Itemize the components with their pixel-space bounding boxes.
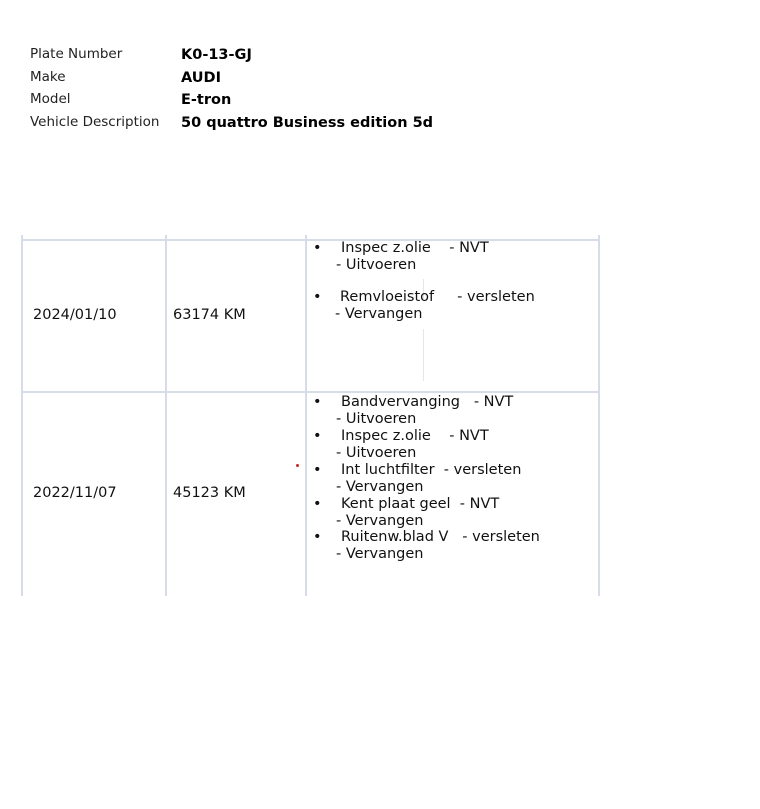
bullet-icon: •	[313, 428, 322, 445]
item-status: - NVT	[449, 428, 488, 444]
item-action: - Vervangen	[336, 479, 424, 496]
item-name: Int luchtfilter - versleten	[341, 462, 521, 479]
item-name: Inspec z.olie - NVT	[341, 428, 489, 445]
item-status: - NVT	[460, 496, 499, 512]
bullet-icon: •	[313, 529, 322, 546]
item-action: - Vervangen	[336, 546, 424, 563]
service-mileage: 63174 KM	[173, 307, 246, 323]
plate-number-label: Plate Number	[30, 46, 122, 62]
service-mileage: 45123 KM	[173, 485, 246, 501]
plate-number-value: K0-13-GJ	[181, 47, 252, 63]
item-name: Ruitenw.blad V - versleten	[341, 529, 540, 546]
list-item: • Bandvervanging - NVT - Uitvoeren	[313, 394, 350, 428]
item-name: Kent plaat geel - NVT	[341, 496, 499, 513]
item-name-text: Bandvervanging	[341, 394, 460, 410]
item-action: - Uitvoeren	[336, 257, 416, 274]
item-name-text: Inspec z.olie	[341, 240, 431, 256]
make-label: Make	[30, 69, 66, 85]
column-divider-date-mileage	[165, 235, 167, 596]
bullet-icon: •	[313, 394, 322, 411]
item-status: - versleten	[444, 462, 522, 478]
item-status: - versleten	[462, 529, 540, 545]
row-divider	[21, 391, 599, 393]
artifact-line	[423, 329, 424, 381]
table-right-border	[598, 235, 600, 596]
item-name-text: Remvloeistof	[340, 289, 434, 305]
service-items-list: • Bandvervanging - NVT - Uitvoeren • Ins…	[313, 394, 350, 563]
marker-dot	[296, 464, 299, 467]
model-label: Model	[30, 91, 71, 107]
list-item: • Remvloeistof - versleten - Vervangen	[313, 289, 350, 323]
make-value: AUDI	[181, 70, 221, 86]
list-item: • Kent plaat geel - NVT - Vervangen	[313, 496, 350, 529]
list-item: • Int luchtfilter - versleten - Vervange…	[313, 462, 350, 496]
item-action: - Vervangen	[335, 306, 423, 323]
column-divider-mileage-items	[305, 235, 307, 596]
bullet-icon: •	[313, 496, 322, 513]
list-item: • Ruitenw.blad V - versleten - Vervangen	[313, 529, 350, 563]
bullet-icon: •	[313, 240, 322, 257]
item-status: - NVT	[474, 394, 513, 410]
item-name: Bandvervanging - NVT	[341, 394, 513, 411]
list-item: • Inspec z.olie - NVT - Uitvoeren	[313, 428, 350, 462]
service-date: 2024/01/10	[33, 307, 117, 323]
vehicle-description-value: 50 quattro Business edition 5d	[181, 115, 433, 131]
item-action: - Uitvoeren	[336, 411, 416, 428]
vehicle-description-label: Vehicle Description	[30, 114, 159, 130]
item-name: Remvloeistof - versleten	[340, 289, 535, 306]
item-name-text: Inspec z.olie	[341, 428, 431, 444]
item-action: - Vervangen	[336, 513, 424, 530]
item-status: - versleten	[457, 289, 535, 305]
item-action: - Uitvoeren	[336, 445, 416, 462]
table-top-border	[21, 239, 599, 241]
service-history-table: 2024/01/10 63174 KM • Inspec z.olie - NV…	[21, 239, 599, 596]
item-name-text: Kent plaat geel	[341, 496, 451, 512]
list-item: • Inspec z.olie - NVT - Uitvoeren	[313, 240, 350, 289]
item-name: Inspec z.olie - NVT	[341, 240, 489, 257]
service-date: 2022/11/07	[33, 485, 117, 501]
table-left-border	[21, 235, 23, 596]
item-name-text: Int luchtfilter	[341, 462, 435, 478]
bullet-icon: •	[313, 289, 322, 306]
item-status: - NVT	[449, 240, 488, 256]
item-name-text: Ruitenw.blad V	[341, 529, 448, 545]
model-value: E-tron	[181, 92, 231, 108]
service-items-list: • Inspec z.olie - NVT - Uitvoeren • Remv…	[313, 240, 350, 323]
bullet-icon: •	[313, 462, 322, 479]
